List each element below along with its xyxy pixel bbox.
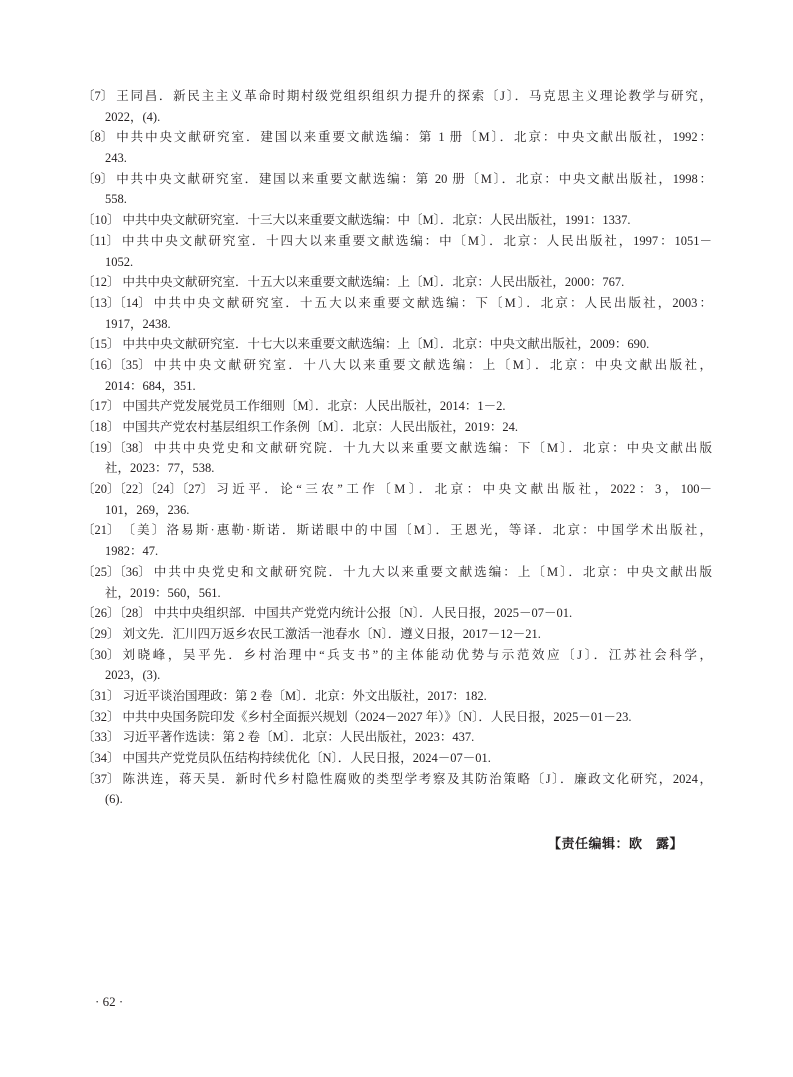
reference-text-continuation: 558.: [82, 189, 712, 210]
reference-text-continuation: 1917，2438.: [82, 314, 712, 335]
reference-text-continuation: 2022，(4).: [82, 107, 712, 128]
reference-text: 中国共产党发展党员工作细则〔M〕．北京：人民出版社，2014：1－2.: [123, 396, 712, 417]
reference-text: 习近平著作选读：第 2 卷〔M〕．北京：人民出版社，2023：437.: [123, 727, 712, 748]
reference-item: 〔9〕中共中央文献研究室．建国以来重要文献选编：第 20 册〔M〕．北京：中央文…: [82, 169, 712, 210]
reference-list: 〔7〕王同昌．新民主主义革命时期村级党组织组织力提升的探索〔J〕．马克思主义理论…: [82, 86, 712, 810]
reference-label: 〔12〕: [82, 272, 120, 293]
reference-text: 中共中央国务院印发《乡村全面振兴规划（2024－2027 年）》〔N〕．人民日报…: [123, 707, 712, 728]
reference-label: 〔9〕: [82, 169, 113, 190]
reference-label: 〔30〕: [82, 645, 120, 666]
editor-note: 【责任编辑：欧 露】: [548, 833, 683, 852]
reference-item: 〔8〕中共中央文献研究室．建国以来重要文献选编：第 1 册〔M〕．北京：中央文献…: [82, 127, 712, 168]
reference-label: 〔13〕〔14〕: [82, 293, 151, 314]
reference-label: 〔8〕: [82, 127, 113, 148]
reference-item: 〔18〕中国共产党农村基层组织工作条例〔M〕．北京：人民出版社，2019：24.: [82, 417, 712, 438]
reference-label: 〔7〕: [82, 86, 113, 107]
reference-item: 〔26〕〔28〕中共中央组织部．中国共产党党内统计公报〔N〕．人民日报，2025…: [82, 603, 712, 624]
reference-text-continuation: 243.: [82, 148, 712, 169]
reference-label: 〔21〕: [82, 520, 120, 541]
reference-label: 〔15〕: [82, 334, 120, 355]
reference-text: 中共中央文献研究室．建国以来重要文献选编：第 20 册〔M〕．北京：中央文献出版…: [116, 169, 712, 190]
reference-item: 〔19〕〔38〕中共中央党史和文献研究院．十九大以来重要文献选编：下〔M〕．北京…: [82, 438, 712, 479]
reference-text: 王同昌．新民主主义革命时期村级党组织组织力提升的探索〔J〕．马克思主义理论教学与…: [116, 86, 712, 107]
reference-label: 〔20〕〔22〕〔24〕〔27〕: [82, 479, 213, 500]
reference-label: 〔25〕〔36〕: [82, 562, 151, 583]
reference-text-continuation: 2023，(3).: [82, 665, 712, 686]
reference-text-continuation: 101，269，236.: [82, 500, 712, 521]
reference-label: 〔11〕: [82, 231, 119, 252]
reference-text: 中共中央文献研究室．十三大以来重要文献选编：中〔M〕．北京：人民出版社，1991…: [123, 210, 712, 231]
reference-text-continuation: 社，2019：560，561.: [82, 583, 712, 604]
reference-label: 〔29〕: [82, 624, 120, 645]
reference-label: 〔18〕: [82, 417, 120, 438]
reference-text: 中共中央文献研究室．十八大以来重要文献选编：上〔M〕．北京：中央文献出版社，: [154, 355, 712, 376]
reference-item: 〔21〕〔美〕洛易斯·惠勒·斯诺．斯诺眼中的中国〔M〕．王恩光，等译．北京：中国…: [82, 520, 712, 561]
reference-item: 〔33〕习近平著作选读：第 2 卷〔M〕．北京：人民出版社，2023：437.: [82, 727, 712, 748]
reference-text: 陈洪连，蒋天昊．新时代乡村隐性腐败的类型学考察及其防治策略〔J〕．廉政文化研究，…: [123, 769, 712, 790]
reference-item: 〔12〕中共中央文献研究室．十五大以来重要文献选编：上〔M〕．北京：人民出版社，…: [82, 272, 712, 293]
reference-text: 中共中央文献研究室．建国以来重要文献选编：第 1 册〔M〕．北京：中央文献出版社…: [116, 127, 712, 148]
reference-label: 〔31〕: [82, 686, 120, 707]
page-number: · 62 ·: [95, 994, 123, 1010]
reference-label: 〔19〕〔38〕: [82, 438, 151, 459]
reference-text: 中共中央组织部．中国共产党党内统计公报〔N〕．人民日报，2025－07－01.: [154, 603, 712, 624]
reference-item: 〔16〕〔35〕中共中央文献研究室．十八大以来重要文献选编：上〔M〕．北京：中央…: [82, 355, 712, 396]
reference-label: 〔37〕: [82, 769, 120, 790]
reference-text: 中国共产党农村基层组织工作条例〔M〕．北京：人民出版社，2019：24.: [123, 417, 712, 438]
reference-text: 刘文先．汇川四万返乡农民工激活一池春水〔N〕．遵义日报，2017－12－21.: [123, 624, 712, 645]
reference-text: 中共中央文献研究室．十五大以来重要文献选编：下〔M〕．北京：人民出版社，2003…: [154, 293, 712, 314]
reference-item: 〔15〕中共中央文献研究室．十七大以来重要文献选编：上〔M〕．北京：中央文献出版…: [82, 334, 712, 355]
reference-text: 中共中央文献研究室．十四大以来重要文献选编：中〔M〕．北京：人民出版社，1997…: [122, 231, 712, 252]
reference-item: 〔34〕中国共产党党员队伍结构持续优化〔N〕．人民日报，2024－07－01.: [82, 748, 712, 769]
reference-text: 中共中央党史和文献研究院．十九大以来重要文献选编：上〔M〕．北京：中央文献出版: [154, 562, 712, 583]
reference-item: 〔10〕中共中央文献研究室．十三大以来重要文献选编：中〔M〕．北京：人民出版社，…: [82, 210, 712, 231]
reference-text: 中共中央党史和文献研究院．十九大以来重要文献选编：下〔M〕．北京：中央文献出版: [154, 438, 712, 459]
reference-label: 〔26〕〔28〕: [82, 603, 151, 624]
reference-label: 〔10〕: [82, 210, 120, 231]
reference-item: 〔32〕中共中央国务院印发《乡村全面振兴规划（2024－2027 年）》〔N〕．…: [82, 707, 712, 728]
reference-text-continuation: 1052.: [82, 252, 712, 273]
reference-text-continuation: 1982：47.: [82, 541, 712, 562]
reference-text: 中共中央文献研究室．十七大以来重要文献选编：上〔M〕．北京：中央文献出版社，20…: [123, 334, 712, 355]
reference-text: 中国共产党党员队伍结构持续优化〔N〕．人民日报，2024－07－01.: [123, 748, 712, 769]
reference-text: 刘晓峰，吴平先．乡村治理中“兵支书”的主体能动优势与示范效应〔J〕．江苏社会科学…: [123, 645, 712, 666]
reference-item: 〔31〕习近平谈治国理政：第 2 卷〔M〕．北京：外文出版社，2017：182.: [82, 686, 712, 707]
reference-item: 〔37〕陈洪连，蒋天昊．新时代乡村隐性腐败的类型学考察及其防治策略〔J〕．廉政文…: [82, 769, 712, 810]
reference-item: 〔7〕王同昌．新民主主义革命时期村级党组织组织力提升的探索〔J〕．马克思主义理论…: [82, 86, 712, 127]
reference-item: 〔13〕〔14〕中共中央文献研究室．十五大以来重要文献选编：下〔M〕．北京：人民…: [82, 293, 712, 334]
reference-text: 习近平．论“三农”工作〔M〕．北京：中央文献出版社，2022：3，100－: [216, 479, 712, 500]
reference-label: 〔16〕〔35〕: [82, 355, 151, 376]
reference-label: 〔32〕: [82, 707, 120, 728]
reference-item: 〔25〕〔36〕中共中央党史和文献研究院．十九大以来重要文献选编：上〔M〕．北京…: [82, 562, 712, 603]
reference-text-continuation: 社，2023：77，538.: [82, 458, 712, 479]
reference-label: 〔17〕: [82, 396, 120, 417]
reference-text: 〔美〕洛易斯·惠勒·斯诺．斯诺眼中的中国〔M〕．王恩光，等译．北京：中国学术出版…: [123, 520, 712, 541]
reference-item: 〔11〕中共中央文献研究室．十四大以来重要文献选编：中〔M〕．北京：人民出版社，…: [82, 231, 712, 272]
reference-item: 〔20〕〔22〕〔24〕〔27〕习近平．论“三农”工作〔M〕．北京：中央文献出版…: [82, 479, 712, 520]
reference-item: 〔17〕中国共产党发展党员工作细则〔M〕．北京：人民出版社，2014：1－2.: [82, 396, 712, 417]
reference-text: 习近平谈治国理政：第 2 卷〔M〕．北京：外文出版社，2017：182.: [123, 686, 712, 707]
reference-text: 中共中央文献研究室．十五大以来重要文献选编：上〔M〕．北京：人民出版社，2000…: [123, 272, 712, 293]
reference-label: 〔34〕: [82, 748, 120, 769]
reference-item: 〔30〕刘晓峰，吴平先．乡村治理中“兵支书”的主体能动优势与示范效应〔J〕．江苏…: [82, 645, 712, 686]
reference-text-continuation: 2014：684，351.: [82, 376, 712, 397]
reference-label: 〔33〕: [82, 727, 120, 748]
reference-item: 〔29〕刘文先．汇川四万返乡农民工激活一池春水〔N〕．遵义日报，2017－12－…: [82, 624, 712, 645]
reference-text-continuation: (6).: [82, 789, 712, 810]
